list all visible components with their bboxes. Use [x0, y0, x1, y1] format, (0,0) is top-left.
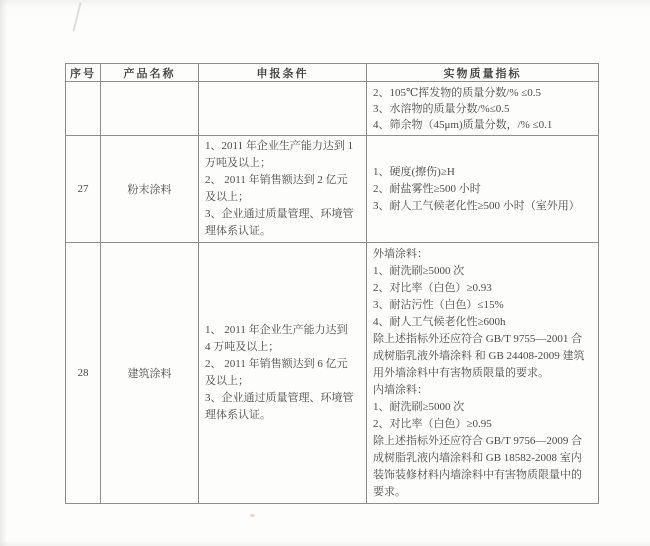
indicators-cell: 2、105℃挥发物的质量分数/% ≤0.5 3、水溶物的质量分数/%≤0.5 4… [367, 82, 599, 136]
conditions-cell [199, 82, 367, 136]
product-quality-table: 序号 产品名称 申报条件 实物质量指标 2、105℃挥发物的质量分数/% ≤0.… [65, 63, 599, 504]
seq-cell: 28 [66, 243, 101, 504]
table-row-continued: 2、105℃挥发物的质量分数/% ≤0.5 3、水溶物的质量分数/%≤0.5 4… [66, 82, 599, 136]
seq-cell: 27 [66, 136, 101, 243]
header-product-name: 产品名称 [101, 64, 199, 82]
header-application-conditions: 申报条件 [199, 64, 367, 82]
scan-edge-shadow-bottom [0, 541, 650, 546]
scan-artifact-speck [250, 514, 255, 517]
indicators-cell: 外墙涂料： 1、耐洗刷≥5000 次 2、对比率（白色）≥0.93 3、耐沾污性… [367, 243, 599, 504]
table-row-27: 27 粉末涂料 1、2011 年企业生产能力达到 1 万吨及以上； 2、 201… [66, 136, 599, 243]
header-quality-indicators: 实物质量指标 [367, 64, 599, 82]
scan-edge-shadow-left [0, 0, 7, 546]
indicators-cell: 1、硬度(擦伤)≥H 2、耐盐雾性≥500 小时 3、耐人工气候老化性≥500 … [367, 136, 599, 243]
product-cell: 建筑涂料 [101, 243, 199, 504]
table-header-row: 序号 产品名称 申报条件 实物质量指标 [66, 64, 599, 82]
conditions-cell: 1、 2011 年企业生产能力达到 4 万吨及以上； 2、 2011 年销售额达… [199, 243, 367, 504]
seq-cell [66, 82, 101, 136]
table-row-28: 28 建筑涂料 1、 2011 年企业生产能力达到 4 万吨及以上； 2、 20… [66, 243, 599, 504]
conditions-cell: 1、2011 年企业生产能力达到 1 万吨及以上； 2、 2011 年销售额达到… [199, 136, 367, 243]
header-seq: 序号 [66, 64, 101, 82]
product-cell [101, 82, 199, 136]
product-cell: 粉末涂料 [101, 136, 199, 243]
